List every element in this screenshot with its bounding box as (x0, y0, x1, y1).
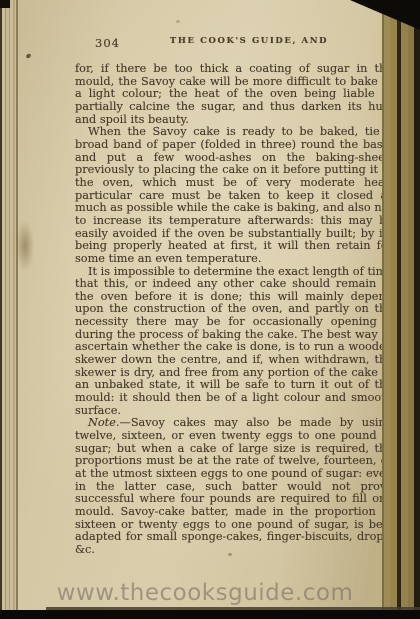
paragraph: for, if there be too thick a coating of … (75, 63, 393, 126)
paragraph: When the Savoy cake is ready to be baked… (75, 126, 393, 265)
book-page-scan: 304 THE COOK'S GUIDE, AND for, if there … (0, 0, 420, 619)
note-label: Note. (88, 416, 120, 429)
watermark-text: www.thecooksguide.com (0, 580, 410, 606)
paper-stain (16, 220, 34, 272)
body-text: for, if there be too thick a coating of … (75, 63, 393, 557)
page-number: 304 (95, 36, 120, 50)
note-paragraph: Note.—Savoy cakes may also be made by us… (75, 417, 393, 556)
page-header: 304 THE COOK'S GUIDE, AND (75, 36, 393, 50)
note-text: —Savoy cakes may also be made by using t… (75, 416, 393, 556)
background-corner-top-left (0, 0, 10, 8)
book-page-edges-left (0, 0, 18, 612)
book-fore-edge (382, 0, 420, 612)
book-page: 304 THE COOK'S GUIDE, AND for, if there … (18, 0, 382, 612)
background-bottom-band (0, 610, 420, 619)
paper-speck (228, 553, 232, 556)
paragraph: It is impossible to determine the exact … (75, 266, 393, 418)
running-title: THE COOK'S GUIDE, AND (75, 36, 393, 46)
page-content: 304 THE COOK'S GUIDE, AND for, if there … (75, 0, 393, 557)
